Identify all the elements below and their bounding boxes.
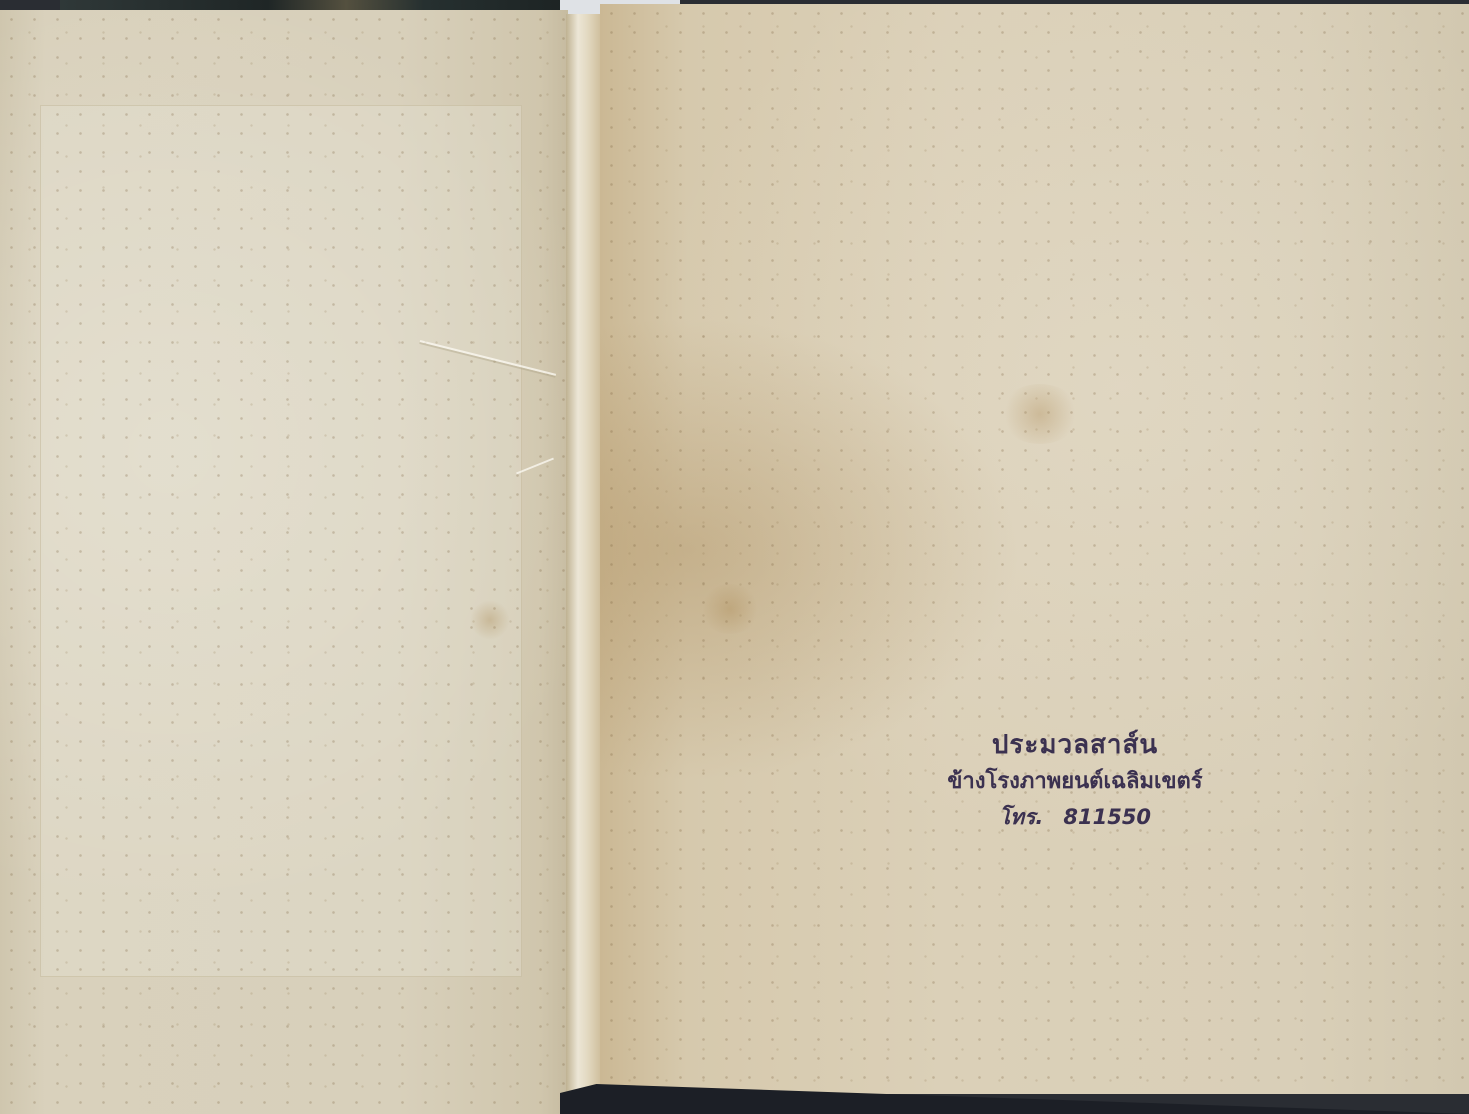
stamp-location: ข้างโรงภาพยนต์เฉลิมเขตร์	[905, 765, 1245, 799]
left-endpaper	[0, 10, 568, 1114]
bookseller-stamp: ประมวลสาส์น ข้างโรงภาพยนต์เฉลิมเขตร์ โทร…	[905, 725, 1245, 835]
stamp-phone-label: โทร.	[999, 805, 1043, 829]
stamp-shop-name: ประมวลสาส์น	[905, 725, 1245, 765]
paper-foxing	[0, 10, 568, 1114]
open-book-photo: ประมวลสาส์น ข้างโรงภาพยนต์เฉลิมเขตร์ โทร…	[0, 0, 1469, 1114]
stamp-phone: โทร. 811550	[905, 799, 1245, 835]
paper-foxing	[600, 4, 1469, 1094]
paper-stain	[470, 600, 510, 640]
paper-stain	[700, 584, 760, 634]
right-endpaper	[600, 4, 1469, 1094]
paper-stain	[1000, 384, 1080, 444]
stamp-phone-number: 811550	[1063, 805, 1151, 829]
